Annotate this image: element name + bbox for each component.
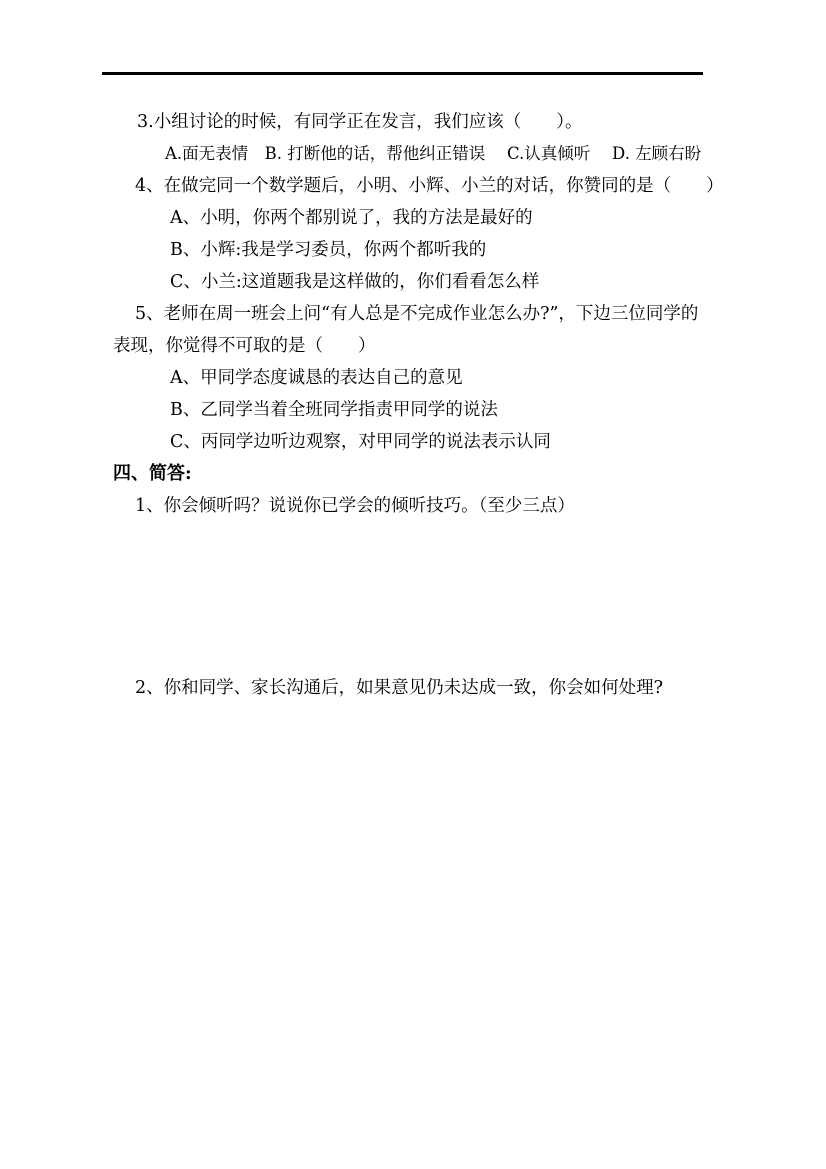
question-3-stem: 3.小组讨论的时候，有同学正在发言，我们应该（ ）。	[113, 106, 718, 138]
question-4-stem: 4、在做完同一个数学题后，小明、小辉、小兰的对话，你赞同的是（ ）	[113, 170, 718, 202]
document-content: 3.小组讨论的时候，有同学正在发言，我们应该（ ）。 A.面无表情 B. 打断他…	[113, 106, 718, 704]
question-5-option-b: B、乙同学当着全班同学指责甲同学的说法	[113, 394, 718, 426]
question-5-option-a: A、甲同学态度诚恳的表达自己的意见	[113, 362, 718, 394]
question-5-option-c: C、丙同学边听边观察，对甲同学的说法表示认同	[113, 426, 718, 458]
section-4-heading: 四、简答:	[113, 458, 718, 490]
question-5-stem-line2: 表现，你觉得不可取的是（ ）	[113, 330, 718, 362]
question-5-stem-line1: 5、老师在周一班会上问“有人总是不完成作业怎么办?”，下边三位同学的	[113, 298, 718, 330]
question-3-options-row: A.面无表情 B. 打断他的话，帮他纠正错误 C.认真倾听 D. 左顾右盼	[113, 138, 718, 170]
short-answer-question-1: 1、你会倾听吗？说说你已学会的倾听技巧。（至少三点）	[113, 490, 718, 522]
short-answer-question-2: 2、你和同学、家长沟通后，如果意见仍未达成一致，你会如何处理?	[113, 672, 718, 704]
question-4-option-b: B、小辉:我是学习委员，你两个都听我的	[113, 234, 718, 266]
question-4-option-c: C、小兰:这道题我是这样做的，你们看看怎么样	[113, 266, 718, 298]
header-divider-rule	[102, 72, 703, 75]
question-4-option-a: A、小明，你两个都别说了，我的方法是最好的	[113, 202, 718, 234]
worksheet-page: 3.小组讨论的时候，有同学正在发言，我们应该（ ）。 A.面无表情 B. 打断他…	[0, 0, 826, 1169]
